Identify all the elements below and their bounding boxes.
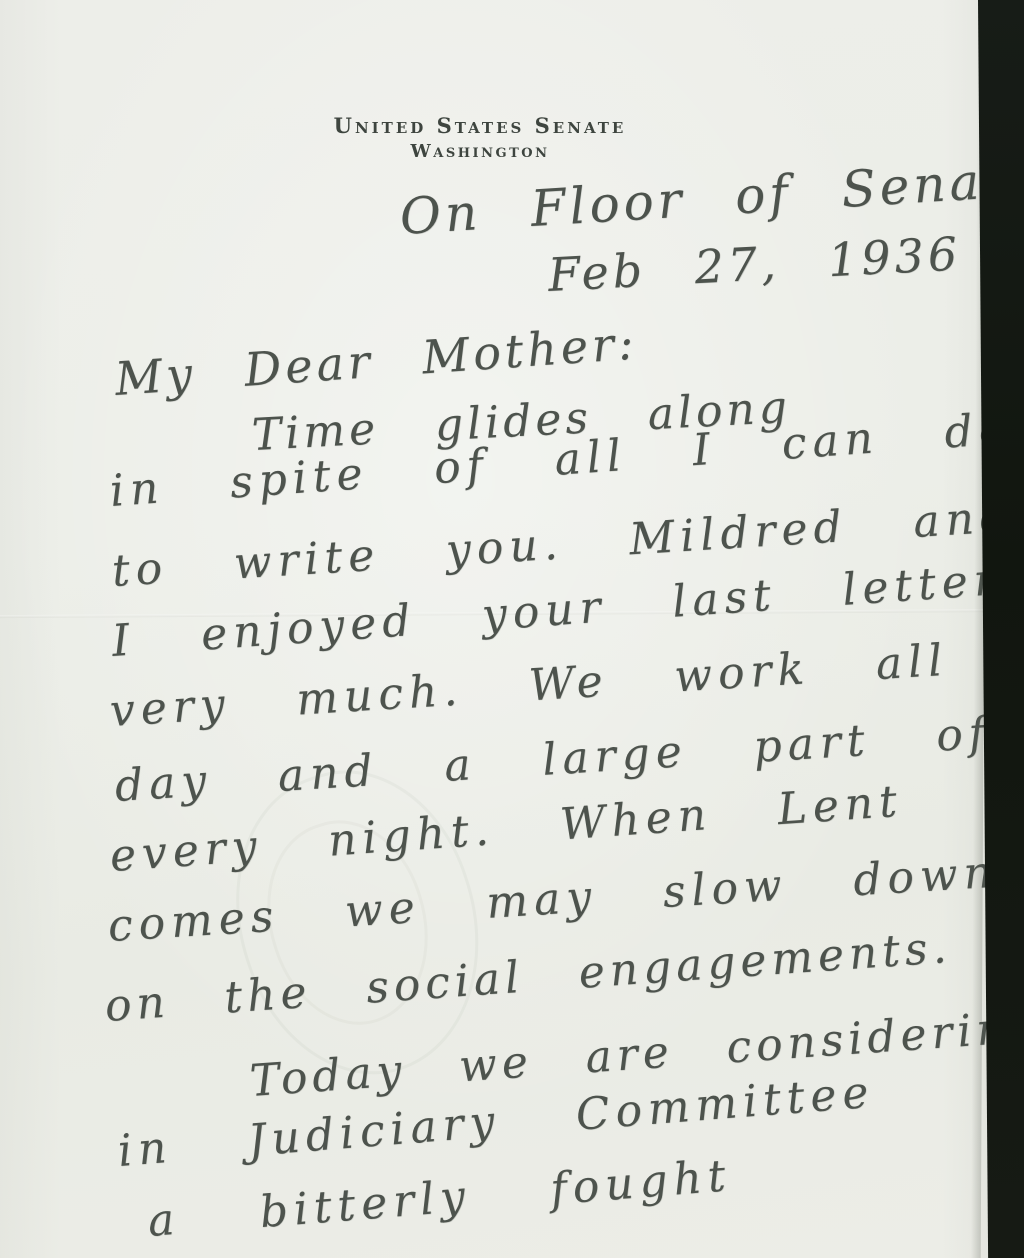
letter-salutation: My Dear Mother: bbox=[113, 320, 638, 402]
scanner-bed-strip bbox=[978, 0, 1024, 1258]
letterhead-org: United States Senate bbox=[180, 114, 780, 137]
letterhead: United States Senate Washington bbox=[180, 114, 780, 162]
scanned-letter-page: United States Senate Washington On Floor… bbox=[0, 0, 1024, 1258]
letterhead-place: Washington bbox=[180, 142, 780, 162]
letter-date: Feb 27, 1936 bbox=[547, 230, 962, 298]
